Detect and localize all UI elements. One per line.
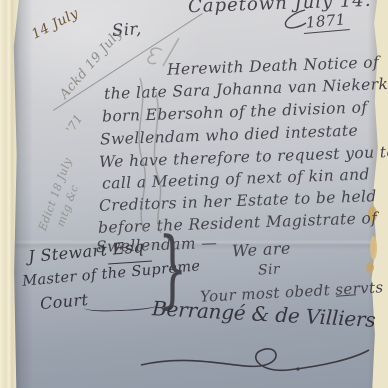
- closing-we-are: We are: [232, 238, 292, 260]
- pencil-scribble: [122, 36, 217, 236]
- closing-sir: Sir: [258, 261, 281, 278]
- letter-photo: { "letter": { "place_date": "Capetown Ju…: [0, 0, 388, 388]
- letter-content: Capetown July 14. 1871 14 July Ackd 19 J…: [0, 0, 388, 388]
- addressee-court: Court: [39, 290, 89, 313]
- addressee-brace: }: [158, 234, 188, 303]
- annotation-received-date: 14 July: [29, 5, 81, 42]
- addressee-flourish-line: [84, 299, 160, 313]
- annotation-year-mark: '71: [63, 112, 86, 136]
- signature-flourish: [138, 338, 373, 378]
- signature: Berrangé & de Villiers: [152, 296, 377, 332]
- dateline-year: 1871: [302, 10, 349, 34]
